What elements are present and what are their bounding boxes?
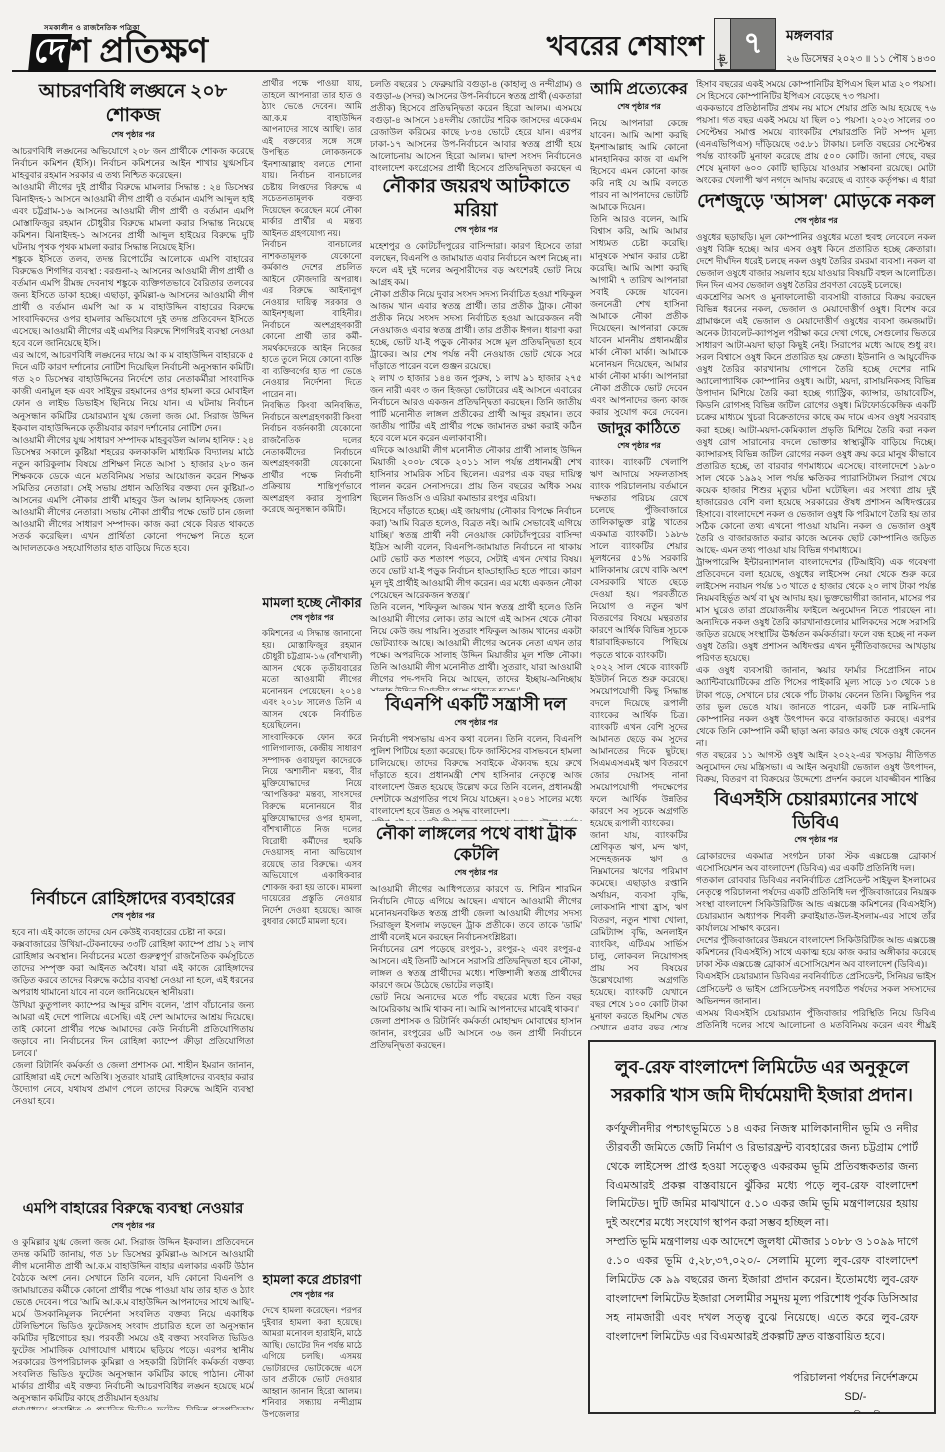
article-magic-wand: জাদুর কাঠিতে শেষ পৃষ্ঠার পর ব্যাংক। ব্যা… bbox=[590, 418, 688, 1030]
article-headline: আমি প্রত্যেকের bbox=[590, 80, 688, 100]
continued-from-label: শেষ পৃষ্ঠার পর bbox=[590, 440, 688, 453]
continued-from-label: শেষ পৃষ্ঠার পর bbox=[370, 717, 582, 730]
article-fake-medicine: দেশজুড়ে 'আসল' মোড়কে নকল শেষ পৃষ্ঠার পর… bbox=[696, 188, 936, 786]
ad-sign-by-order: পরিচালনা পর্ষদের নির্দেশক্রমে bbox=[793, 1369, 918, 1389]
page-word-label: পৃষ্ঠা bbox=[715, 19, 731, 69]
column-e: আমি প্রত্যেকের শেষ পৃষ্ঠার পর নিয়ে আপনা… bbox=[590, 78, 688, 1030]
masthead-logo: দেশ প্রতিক্ষণ bbox=[30, 34, 208, 72]
ad-sign-sd: SD/- bbox=[793, 1388, 918, 1408]
article-headline: মামলা হচ্ছে নৌকার bbox=[262, 595, 362, 611]
article-body: ব্রোকারদের একমাত্র সংগঠন ঢাকা স্টক এক্সচ… bbox=[696, 850, 936, 1030]
article-body: কমিশনের এ সিদ্ধান্ত জানানো হয়। মোস্তাফি… bbox=[262, 628, 362, 1270]
article-mp-bahar-action: এমপি বাহারের বিরুদ্ধে ব্যবস্থা নেওয়ার শ… bbox=[12, 1198, 254, 1410]
masthead-logo-text: শ প্রতিক্ষণ bbox=[71, 33, 208, 70]
masthead: সমকালীন ও রাজনৈতিক পত্রিকা দেশ প্রতিক্ষণ… bbox=[12, 8, 936, 72]
date-label: ২৬ ডিসেম্বর ২০২৩ ॥ ১১ পৌষ ১৪৩০ bbox=[786, 52, 936, 69]
continued-from-label: শেষ পৃষ্ঠার পর bbox=[370, 867, 582, 880]
continued-from-label: শেষ পৃষ্ঠার পর bbox=[590, 101, 688, 114]
article-truck-kettle: নৌকা লাঙ্গলের পথে বাধা ট্রাক কেটলি শেষ প… bbox=[370, 821, 582, 1415]
article-rohingya-election: নির্বাচনে রোহিঙ্গাদের ব্যবহারের শেষ পৃষ্… bbox=[12, 886, 254, 1198]
article-body: মহেশপুর ও কোটচাঁদপুরের বাসিন্দারা। কারণ … bbox=[370, 240, 582, 692]
page-number: ৭ bbox=[731, 19, 775, 69]
column-cd: চলতি বছরের ১ ফেব্রুয়ারি বগুড়া-৪ (কাহাল… bbox=[370, 78, 582, 1415]
ad-title: লুব-রেফ বাংলাদেশ লিমিটেড এর অনুকূলে সরকা… bbox=[606, 1054, 918, 1110]
masthead-right: খবরের শেষাংশ পৃষ্ঠা ৭ মঙ্গলবার ২৬ ডিসেম্… bbox=[547, 18, 936, 71]
article-headline: হামলা করে প্রচারণা bbox=[262, 1272, 362, 1288]
continued-from-label: শেষ পৃষ্ঠার পর bbox=[12, 129, 254, 142]
article-body: হবে না। এই কাজে তাদের যেন কেউই ব্যবহারের… bbox=[12, 926, 254, 1198]
section-title: খবরের শেষাংশ bbox=[547, 26, 704, 71]
article-body: নিয়ে আপনারা কেন্দ্রে যাবেন। আমি আশা করছ… bbox=[590, 117, 688, 418]
article-boat-lawsuit: মামলা হচ্ছে নৌকার শেষ পৃষ্ঠার পর কমিশনের… bbox=[262, 593, 362, 1270]
ad-signature: পরিচালনা পর্ষদের নির্দেশক্রমে SD/- কোম্প… bbox=[606, 1369, 918, 1414]
continued-from-label: শেষ পৃষ্ঠার পর bbox=[12, 1220, 254, 1233]
article-continuation-block: চলতি বছরের ১ ফেব্রুয়ারি বগুড়া-৪ (কাহাল… bbox=[370, 78, 582, 173]
article-headline: নৌকার জয়রথ আটকাতে মরিয়া bbox=[370, 175, 582, 223]
article-body: চলতি বছরের ১ ফেব্রুয়ারি বগুড়া-৪ (কাহাল… bbox=[370, 78, 582, 173]
article-bnp-terrorist: বিএনপি একটি সন্ত্রাসী দল শেষ পৃষ্ঠার পর … bbox=[370, 691, 582, 821]
article-boat-victory: নৌকার জয়রথ আটকাতে মরিয়া শেষ পৃষ্ঠার পর… bbox=[370, 173, 582, 691]
date-block: মঙ্গলবার ২৬ ডিসেম্বর ২০২৩ ॥ ১১ পৌষ ১৪৩০ bbox=[786, 24, 936, 69]
continued-from-label: শেষ পৃষ্ঠার পর bbox=[12, 910, 254, 923]
masthead-logo-box: দে bbox=[28, 34, 72, 72]
article-body: ওষুধের ছড়াছড়ি। মূল কোম্পানির ওষুধের মত… bbox=[696, 231, 936, 786]
weekday-label: মঙ্গলবার bbox=[786, 24, 936, 48]
continued-from-label: শেষ পৃষ্ঠার পর bbox=[696, 834, 936, 847]
article-conduct-showcause: আচরণবিধি লঙ্ঘনে ২০৮ শোকজ শেষ পৃষ্ঠার পর … bbox=[12, 78, 254, 886]
article-headline: আচরণবিধি লঙ্ঘনে ২০৮ শোকজ bbox=[12, 80, 254, 128]
article-headline: এমপি বাহারের বিরুদ্ধে ব্যবস্থা নেওয়ার bbox=[12, 1200, 254, 1219]
article-body: নির্বাচনী পথসভায় এসব কথা বলেন। তিনি বলে… bbox=[370, 733, 582, 822]
continued-from-label: শেষ পৃষ্ঠার পর bbox=[262, 612, 362, 625]
article-body: ও কুমিল্লার যুগ্ম জেলা জজ মো. সিরাজ উদ্দ… bbox=[12, 1236, 254, 1410]
ad-body: কর্ণফুলীনদীর পশ্চাৎভূমিতে ১৪ একর নিজস্ব … bbox=[606, 1120, 918, 1347]
article-headline: দেশজুড়ে 'আসল' মোড়কে নকল bbox=[696, 190, 936, 214]
article-bsec-dba-meeting: বিএসইসি চেয়ারম্যানের সাথে ডিবিএ শেষ পৃষ… bbox=[696, 786, 936, 1030]
continued-from-label: শেষ পৃষ্ঠার পর bbox=[370, 224, 582, 237]
column-b: প্রার্থীর পক্ষে পাওয়া যায়, তাহলে আপনার… bbox=[262, 78, 362, 1418]
column-a: আচরণবিধি লঙ্ঘনে ২০৮ শোকজ শেষ পৃষ্ঠার পর … bbox=[12, 78, 254, 1410]
article-continuation-block: হিসাব বছরের একই সময়ে কোম্পানিটির ইপিএস … bbox=[696, 78, 936, 188]
article-continuation-block: প্রার্থীর পক্ষে পাওয়া যায়, তাহলে আপনার… bbox=[262, 78, 362, 593]
continued-from-label: শেষ পৃষ্ঠার পর bbox=[696, 215, 936, 228]
page-number-box: পৃষ্ঠা ৭ bbox=[714, 18, 776, 70]
article-headline: বিএনপি একটি সন্ত্রাসী দল bbox=[370, 693, 582, 716]
article-headline: জাদুর কাঠিতে bbox=[590, 420, 688, 439]
article-headline: বিএসইসি চেয়ারম্যানের সাথে ডিবিএ bbox=[696, 788, 936, 833]
newspaper-page: সমকালীন ও রাজনৈতিক পত্রিকা দেশ প্রতিক্ষণ… bbox=[0, 0, 945, 1452]
article-body: হিসাব বছরের একই সময়ে কোম্পানিটির ইপিএস … bbox=[696, 78, 936, 188]
article-body: আওয়ামী লীগের আধিপত্যের কারণে ড. শিরিন শ… bbox=[370, 883, 582, 1416]
article-headline: নৌকা লাঙ্গলের পথে বাধা ট্রাক কেটলি bbox=[370, 823, 582, 866]
ad-signature-block: পরিচালনা পর্ষদের নির্দেশক্রমে SD/- কোম্প… bbox=[793, 1369, 918, 1414]
article-ami-prottekersumm: আমি প্রত্যেকের শেষ পৃষ্ঠার পর নিয়ে আপনা… bbox=[590, 78, 688, 418]
advertisement-lubref-lease: লুব-রেফ বাংলাদেশ লিমিটেড এর অনুকূলে সরকা… bbox=[588, 1040, 936, 1414]
column-f: হিসাব বছরের একই সময়ে কোম্পানিটির ইপিএস … bbox=[696, 78, 936, 1030]
article-attack-campaign: হামলা করে প্রচারণা শেষ পৃষ্ঠার পর দেখে হ… bbox=[262, 1270, 362, 1418]
article-body: ব্যাংক। ব্যাংকটি খেলাপি ঋণ আদায়ে সফলতাস… bbox=[590, 456, 688, 1030]
continued-from-label: শেষ পৃষ্ঠার পর bbox=[262, 1289, 362, 1302]
masthead-left: সমকালীন ও রাজনৈতিক পত্রিকা দেশ প্রতিক্ষণ bbox=[30, 22, 208, 72]
article-body: প্রার্থীর পক্ষে পাওয়া যায়, তাহলে আপনার… bbox=[262, 78, 362, 593]
article-headline: নির্বাচনে রোহিঙ্গাদের ব্যবহারের bbox=[12, 888, 254, 909]
ad-sign-company-secretary: কোম্পানি সচিব bbox=[793, 1408, 918, 1414]
article-body: দেখে হামলা করেছেন। পরপর দুইবার হামলা করা… bbox=[262, 1305, 362, 1418]
article-body: আচরণবিধি লঙ্ঘনের অভিযোগে ২০৮ জন প্রার্থী… bbox=[12, 145, 254, 887]
